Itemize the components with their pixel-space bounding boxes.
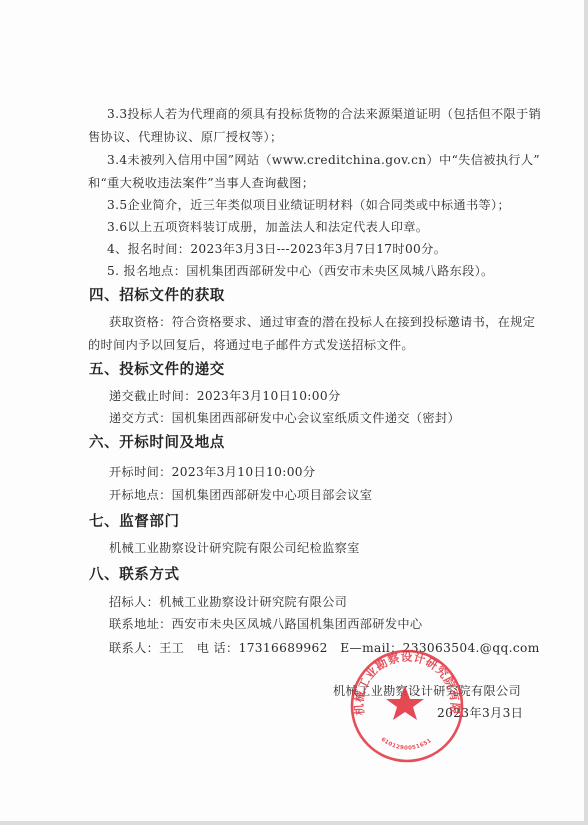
opening-place: 开标地点：国机集团西部研发中心项目部会议室 [109,487,372,503]
supervision-dept: 机械工业勘察设计研究院有限公司纪检监察室 [109,540,360,556]
item-3-5: 3.5企业简介，近三年类似项目业绩证明材料（如合同类或中标通书等）； [107,197,510,213]
item-3-3-line1: 3.3投标人若为代理商的须具有投标货物的合法来源渠道证明（包括但不限于销 [107,106,541,122]
contact-address: 联系地址：西安市未央区凤城八路国机集团西部研发中心 [109,616,422,632]
document-page: 3.3投标人若为代理商的须具有投标货物的合法来源渠道证明（包括但不限于销 售协议… [0,0,584,821]
section-8-heading: 八、联系方式 [89,566,180,584]
section-4-line1: 获取资格：符合资格要求、通过审查的潜在投标人在接到投标邀请书，在规定 [109,314,535,330]
page-edge-bottom [0,821,588,825]
item-3-6: 3.6以上五项资料装订成册，加盖法人和法定代表人印章。 [107,219,428,235]
submission-method: 递交方式：国机集团西部研发中心会议室纸质文件递交（密封） [109,410,460,426]
section-7-heading: 七、监督部门 [89,513,180,531]
svg-text:6101290051651: 6101290051651 [380,737,433,752]
item-3-4-line2: 和“重大税收违法案件”当事人查询截图； [88,175,314,191]
submission-deadline: 递交截止时间：2023年3月10日10:00分 [109,388,341,404]
contact-person: 联系人：王工 电 话：17316689962 E—mail：233063504.… [109,640,540,656]
signature-date: 2023年3月3日 [437,705,523,721]
tenderer: 招标人：机械工业勘察设计研究院有限公司 [109,594,347,610]
section-4-line2: 的时间内予以回复后，将通过电子邮件方式发送招标文件。 [88,337,414,353]
section-4-heading: 四、招标文件的获取 [89,287,225,305]
opening-time: 开标时间：2023年3月10日10:00分 [109,464,315,480]
item-3-4-line1: 3.4未被列入信用中国”网站（www.creditchina.gov.cn）中“… [107,152,540,168]
page-edge-right [584,0,588,825]
section-5-heading: 五、投标文件的递交 [89,361,225,379]
section-6-heading: 六、开标时间及地点 [89,434,225,452]
item-3-3-line2: 售协议、代理协议、原厂授权等）； [88,129,283,145]
registration-time: 4、报名时间：2023年3月3日---2023年3月7日17时00分。 [107,241,446,257]
registration-place: 5. 报名地点：国机集团西部研发中心（西安市未央区凤城八路东段）。 [107,263,494,279]
signature-company: 机械工业勘察设计研究院有限公司 [333,683,521,699]
